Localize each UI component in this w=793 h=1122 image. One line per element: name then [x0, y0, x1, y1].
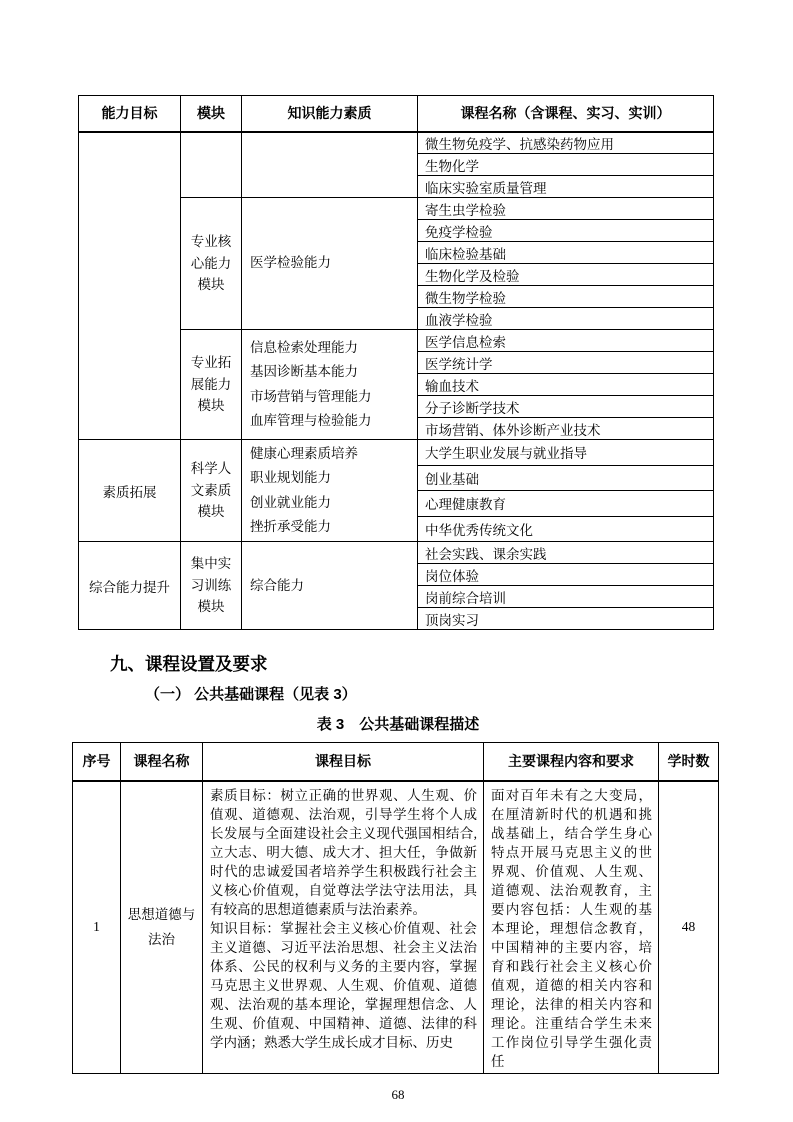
- column-header-course-name: 课程名称: [121, 743, 203, 781]
- course-name-cell: 社会实践、课余实践: [418, 542, 714, 564]
- module-cell: 专业拓 展能力 模块: [181, 330, 242, 440]
- course-name-cell: 中华优秀传统文化: [418, 516, 714, 542]
- document-page: 能力目标 模块 知识能力素质 课程名称（含课程、实习、实训） 微生物免疫学、抗感…: [0, 0, 793, 1122]
- course-name-cell: 岗前综合培训: [418, 586, 714, 608]
- course-objectives-cell: 素质目标：树立正确的世界观、人生观、价值观、道德观、法治观，引导学生将个人成长发…: [203, 781, 484, 1074]
- column-header-ability-target: 能力目标: [79, 96, 181, 132]
- hours-cell: 48: [659, 781, 719, 1074]
- course-name-cell: 血液学检验: [418, 308, 714, 330]
- column-header-seq: 序号: [73, 743, 121, 781]
- ability-target-cell: [79, 132, 181, 440]
- module-cell: 集中实 习训练 模块: [181, 542, 242, 630]
- knowledge-ability-cell: [242, 132, 418, 198]
- module-cell: 科学人 文素质 模块: [181, 440, 242, 542]
- column-header-hours: 学时数: [659, 743, 719, 781]
- ability-target-cell: 综合能力提升: [79, 542, 181, 630]
- subsection-heading: （一） 公共基础课程（见表 3）: [145, 685, 718, 705]
- table-row: 微生物免疫学、抗感染药物应用: [79, 132, 714, 154]
- table3-caption: 表 3 公共基础课程描述: [78, 715, 718, 735]
- course-content-cell: 面对百年未有之大变局，在厘清新时代的机遇和挑战基础上，结合学生身心特点开展马克思…: [484, 781, 659, 1074]
- course-name-cell: 岗位体验: [418, 564, 714, 586]
- course-name-cell: 医学信息检索: [418, 330, 714, 352]
- course-name-cell: 大学生职业发展与就业指导: [418, 440, 714, 466]
- table-row: 1 思想道德与 法治 素质目标：树立正确的世界观、人生观、价值观、道德观、法治观…: [73, 781, 719, 1074]
- course-name-cell: 心理健康教育: [418, 491, 714, 517]
- course-name-cell: 医学统计学: [418, 352, 714, 374]
- course-name-cell: 免疫学检验: [418, 220, 714, 242]
- seq-cell: 1: [73, 781, 121, 1074]
- table-header-row: 能力目标 模块 知识能力素质 课程名称（含课程、实习、实训）: [79, 96, 714, 132]
- section-heading: 九、课程设置及要求: [110, 652, 718, 676]
- curriculum-framework-table: 能力目标 模块 知识能力素质 课程名称（含课程、实习、实训） 微生物免疫学、抗感…: [78, 95, 714, 630]
- knowledge-ability-cell: 健康心理素质培养 职业规划能力 创业就业能力 挫折承受能力: [242, 440, 418, 542]
- knowledge-ability-cell: 信息检索处理能力 基因诊断基本能力 市场营销与管理能力 血库管理与检验能力: [242, 330, 418, 440]
- knowledge-ability-cell: 综合能力: [242, 542, 418, 630]
- course-name-cell: 临床检验基础: [418, 242, 714, 264]
- table-header-row: 序号 课程名称 课程目标 主要课程内容和要求 学时数: [73, 743, 719, 781]
- column-header-course-name: 课程名称（含课程、实习、实训）: [418, 96, 714, 132]
- course-name-cell: 微生物免疫学、抗感染药物应用: [418, 132, 714, 154]
- course-name-cell: 分子诊断学技术: [418, 396, 714, 418]
- knowledge-ability-cell: 医学检验能力: [242, 198, 418, 330]
- ability-target-cell: 素质拓展: [79, 440, 181, 542]
- public-basic-courses-table: 序号 课程名称 课程目标 主要课程内容和要求 学时数 1 思想道德与 法治 素质…: [72, 742, 719, 1074]
- module-cell: [181, 132, 242, 198]
- page-number: 68: [78, 1087, 718, 1103]
- course-name-cell: 微生物学检验: [418, 286, 714, 308]
- course-name-cell: 市场营销、体外诊断产业技术: [418, 418, 714, 440]
- table-row: 综合能力提升 集中实 习训练 模块 综合能力 社会实践、课余实践: [79, 542, 714, 564]
- column-header-module: 模块: [181, 96, 242, 132]
- course-name-cell: 寄生虫学检验: [418, 198, 714, 220]
- table-row: 素质拓展 科学人 文素质 模块 健康心理素质培养 职业规划能力 创业就业能力 挫…: [79, 440, 714, 466]
- course-name-cell: 输血技术: [418, 374, 714, 396]
- module-cell: 专业核 心能力 模块: [181, 198, 242, 330]
- course-name-cell: 生物化学及检验: [418, 264, 714, 286]
- column-header-content: 主要课程内容和要求: [484, 743, 659, 781]
- course-name-cell: 生物化学: [418, 154, 714, 176]
- course-name-cell: 临床实验室质量管理: [418, 176, 714, 198]
- column-header-objectives: 课程目标: [203, 743, 484, 781]
- course-name-cell: 思想道德与 法治: [121, 781, 203, 1074]
- course-name-cell: 创业基础: [418, 465, 714, 491]
- course-name-cell: 顶岗实习: [418, 608, 714, 630]
- column-header-knowledge: 知识能力素质: [242, 96, 418, 132]
